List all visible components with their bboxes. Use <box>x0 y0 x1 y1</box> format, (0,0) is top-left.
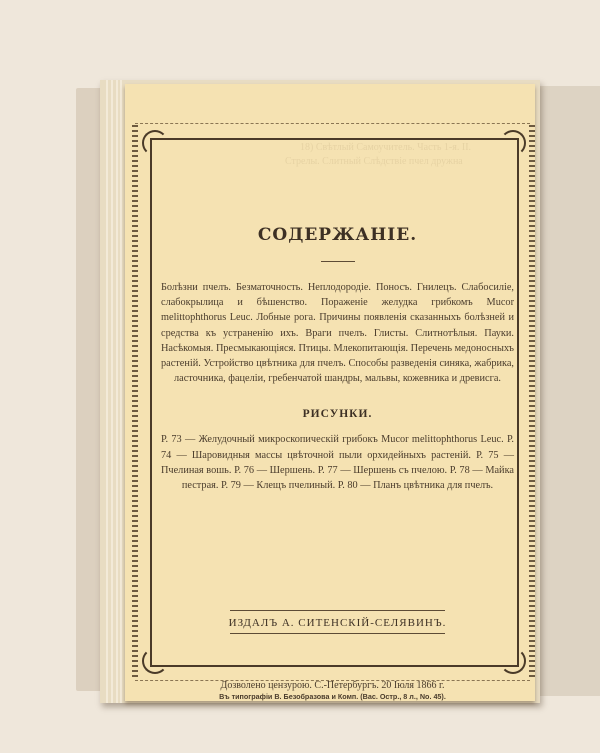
figures-heading: РИСУНКИ. <box>155 408 520 420</box>
contents-section: СОДЕРЖАНІЕ. Болѣзни пчелъ. Безматочность… <box>155 225 520 493</box>
corner-ornament-icon <box>500 130 526 156</box>
publisher-line: ИЗДАЛЪ А. СИТЕНСКІЙ-СЕЛЯВИНЪ. <box>225 617 450 629</box>
publisher-rule-bottom <box>230 633 445 634</box>
publisher-rule-top <box>230 610 445 611</box>
printer-imprint-line: Въ типографіи В. Безобразова и Комп. (Ва… <box>160 692 505 701</box>
corner-ornament-icon <box>500 648 526 674</box>
bleed-through-text: Стрелы. Слитный Слѣдствіе пчел дружна <box>285 156 463 167</box>
decorative-wavy-left <box>132 125 138 680</box>
figures-paragraph: Р. 73 — Желудочный микроскопическій гриб… <box>161 432 514 493</box>
contents-paragraph: Болѣзни пчелъ. Безматочность. Неплодород… <box>161 280 514 386</box>
bleed-through-text: 18) Свѣтлый Самоучитель. Часть 1-я. II. <box>300 142 471 153</box>
corner-ornament-icon <box>142 648 168 674</box>
title-divider <box>321 261 355 262</box>
decorative-wavy-right <box>529 125 535 680</box>
page-title: СОДЕРЖАНІЕ. <box>155 225 520 245</box>
corner-ornament-icon <box>142 130 168 156</box>
book-right-cover <box>536 86 600 696</box>
censor-approval-line: Дозволено цензурою. С.-Петербургъ. 20 Ію… <box>160 680 505 691</box>
